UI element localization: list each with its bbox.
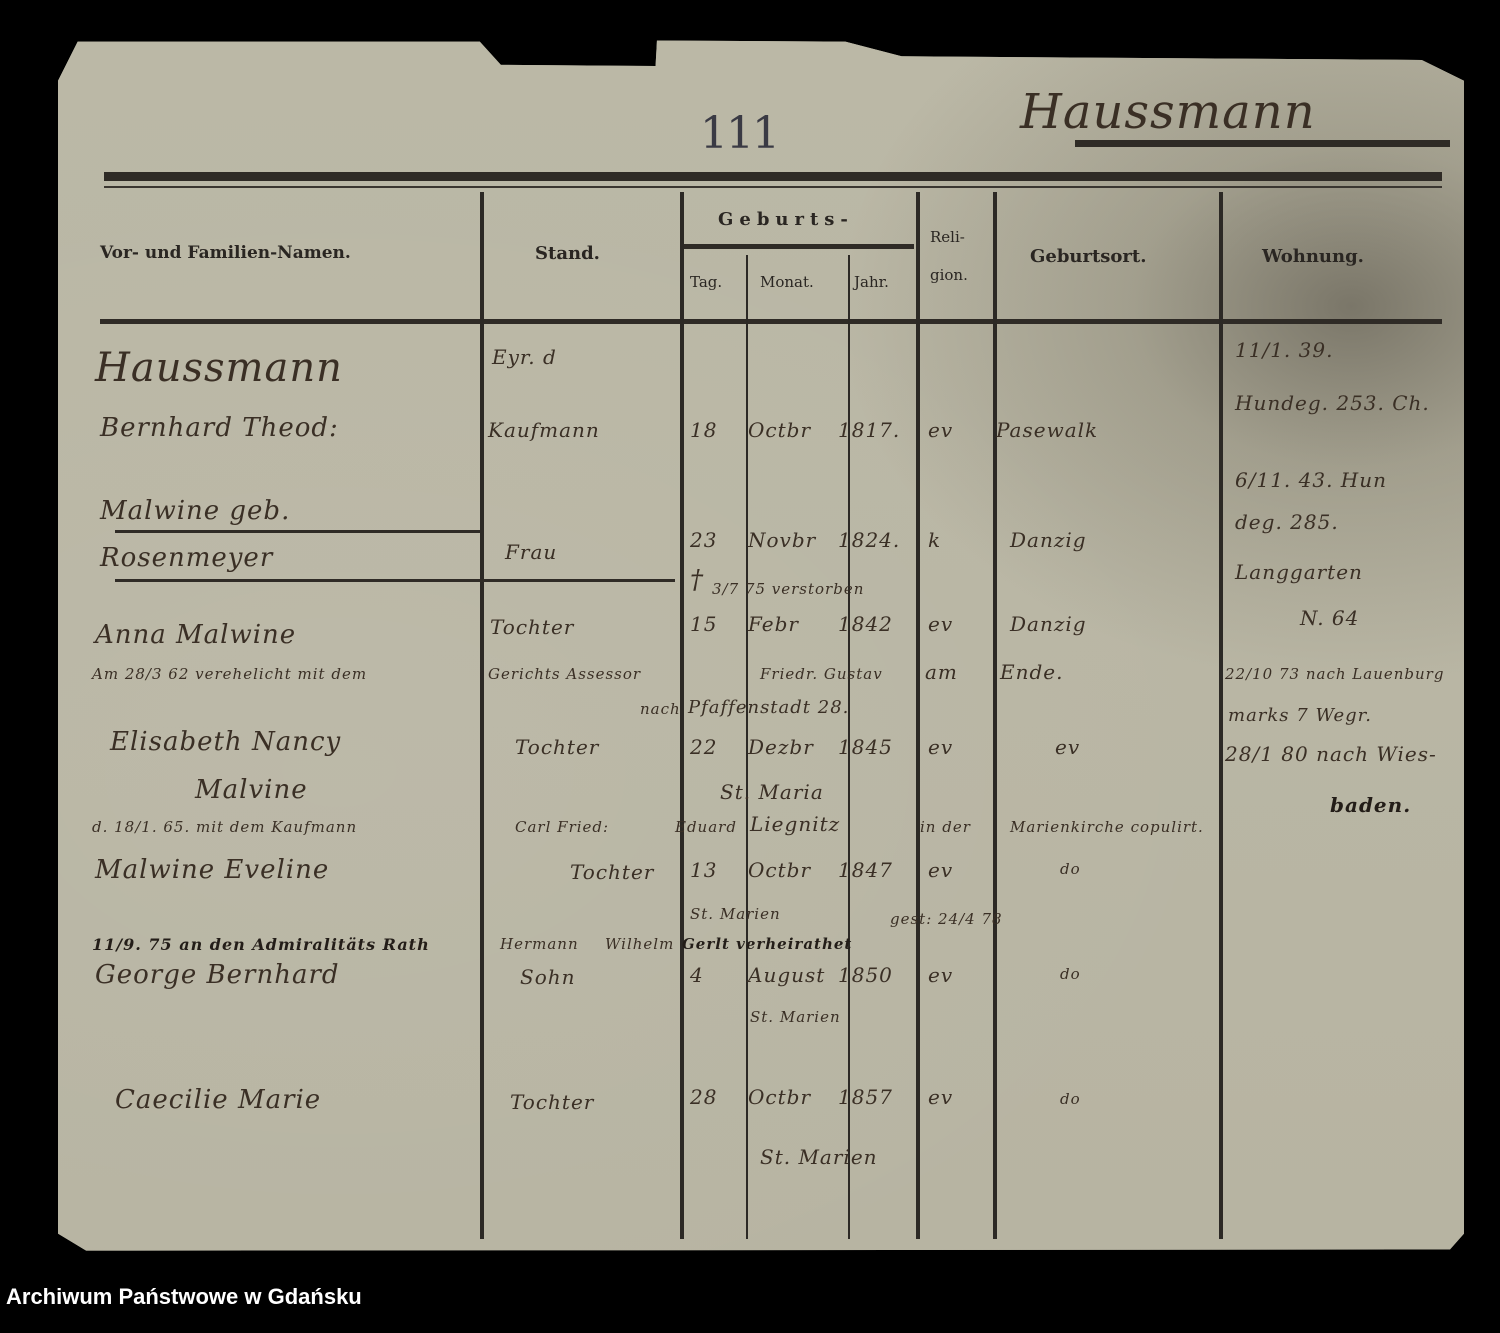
surname-heading: Haussmann: [1020, 84, 1316, 140]
cell-month: Gerlt verheirathet: [682, 935, 852, 953]
col-divider-1: [480, 192, 484, 1239]
cell-name: George Bernhard: [95, 960, 340, 990]
page-number: 111: [700, 108, 778, 159]
cell-month: St. Marien: [760, 1145, 878, 1169]
column-header-stand: Stand.: [535, 243, 600, 264]
column-header-birth-group: Geburts-: [718, 209, 854, 230]
cell-year: 1845: [838, 735, 893, 759]
cell-stand: Tochter: [570, 860, 654, 884]
cell-name: Haussmann: [95, 345, 343, 391]
cell-month: Febr: [748, 612, 799, 636]
cell-residence: 28/1 80 nach Wies-: [1225, 742, 1437, 766]
col-divider-5: [1219, 192, 1223, 1239]
cell-birthplace: Danzig: [1010, 528, 1087, 552]
cell-day: 4: [690, 963, 704, 987]
cell-religion: ev: [928, 963, 953, 987]
cell-religion: ev: [928, 1085, 953, 1109]
column-header-month: Monat.: [760, 273, 814, 291]
cell-year: 1824.: [838, 528, 900, 552]
cell-day: 28: [690, 1085, 717, 1109]
cell-name: Bernhard Theod:: [100, 413, 339, 443]
cell-residence: 22/10 73 nach Lauenburg: [1225, 665, 1444, 683]
cell-stand: Tochter: [490, 615, 574, 639]
cell-birthplace: do: [1060, 965, 1081, 983]
cell-month: Novbr: [748, 528, 816, 552]
cell-stand: Kaufmann: [488, 418, 600, 442]
cell-year: 1857: [838, 1085, 893, 1109]
name-underline-2: [115, 579, 675, 582]
column-header-day: Tag.: [690, 273, 722, 291]
cell-name: d. 18/1. 65. mit dem Kaufmann: [92, 818, 357, 836]
cell-day: 15: [690, 612, 717, 636]
cell-religion: am: [925, 660, 958, 684]
cell-stand: Sohn: [520, 965, 576, 989]
cell-stand: Tochter: [515, 735, 599, 759]
cell-year: 1817.: [838, 418, 900, 442]
cell-name: Malvine: [195, 775, 308, 805]
column-header-birthplace: Geburtsort.: [1030, 246, 1147, 267]
cell-month: Friedr. Gustav: [760, 665, 883, 683]
birth-group-rule: [684, 244, 914, 249]
cell-year: 1842: [838, 612, 893, 636]
cell-birthplace: Pasewalk: [996, 418, 1098, 442]
cell-name: Am 28/3 62 verehelicht mit dem: [92, 665, 367, 683]
cell-month: 3/7 75 verstorben: [712, 580, 864, 598]
col-divider-3: [916, 192, 920, 1239]
col-divider-4: [993, 192, 997, 1239]
cell-residence: N. 64: [1300, 606, 1359, 630]
cell-stand: nach: [640, 700, 681, 718]
header-top-rule: [104, 172, 1442, 181]
header-bottom-rule: [100, 319, 1442, 324]
cell-stand: Hermann: [500, 935, 579, 953]
cell-day: 18: [690, 418, 717, 442]
cell-stand: Gerichts Assessor: [488, 665, 641, 683]
cell-month: Octbr: [748, 418, 811, 442]
cell-month: Pfaffenstadt 28.: [688, 697, 849, 718]
cell-name: Elisabeth Nancy: [110, 727, 341, 757]
cell-religion: ev: [928, 418, 953, 442]
cell-day: Eduard: [675, 818, 737, 836]
column-header-year: Jahr.: [854, 273, 889, 291]
cell-name: Rosenmeyer: [100, 543, 273, 573]
cell-month: Dezbr: [748, 735, 814, 759]
surname-underline: [1075, 140, 1450, 147]
cell-religion: ev: [928, 735, 953, 759]
cell-residence: Langgarten: [1235, 560, 1363, 584]
cell-year: 1850: [838, 963, 893, 987]
column-header-names: Vor- und Familien-Namen.: [100, 243, 351, 263]
cell-religion: gest: 24/4 78: [890, 910, 1003, 928]
cell-month: Octbr: [748, 1085, 811, 1109]
cell-day: 23: [690, 528, 717, 552]
cell-religion: in der: [920, 818, 971, 836]
cell-month: St. Marien: [750, 1008, 841, 1026]
cell-day: †: [690, 565, 704, 595]
cell-birthplace: do: [1060, 860, 1081, 878]
cell-religion: ev: [928, 858, 953, 882]
cell-name: Caecilie Marie: [115, 1085, 321, 1115]
cell-month: August: [748, 963, 825, 987]
cell-religion: k: [928, 528, 941, 552]
cell-stand: Tochter: [510, 1090, 594, 1114]
column-header-residence: Wohnung.: [1262, 246, 1364, 267]
cell-month: St. Maria: [720, 780, 824, 804]
cell-birthplace: Ende.: [1000, 660, 1063, 684]
cell-birthplace: Danzig: [1010, 612, 1087, 636]
header-top-thin-rule: [104, 186, 1442, 188]
cell-religion: ev: [928, 612, 953, 636]
cell-month: Octbr: [748, 858, 811, 882]
cell-residence: Hundeg. 253. Ch.: [1235, 384, 1435, 422]
column-header-religion-2: gion.: [930, 266, 968, 284]
cell-day: Wilhelm: [605, 935, 674, 953]
cell-residence: 11/1. 39.: [1235, 338, 1333, 362]
cell-stand: Eyr. d: [492, 345, 557, 369]
cell-name: 11/9. 75 an den Admiralitäts Rath: [92, 935, 430, 954]
column-header-religion-1: Reli-: [930, 228, 965, 246]
archive-caption: Archiwum Państwowe w Gdańsku: [6, 1284, 362, 1310]
cell-residence: baden.: [1330, 793, 1411, 817]
cell-name: Malwine geb.: [100, 496, 290, 526]
cell-day: St. Marien: [690, 905, 781, 923]
cell-day: 22: [690, 735, 717, 759]
cell-day: 13: [690, 858, 717, 882]
cell-stand: Carl Fried:: [515, 818, 609, 836]
cell-residence: marks 7 Wegr.: [1228, 705, 1372, 726]
cell-birthplace: ev: [1055, 735, 1080, 759]
cell-stand: Frau: [505, 540, 557, 564]
cell-month: Liegnitz: [750, 812, 840, 836]
cell-name: Malwine Eveline: [95, 855, 329, 885]
cell-birthplace: do: [1060, 1090, 1081, 1108]
cell-birthplace: Marienkirche copulirt.: [1010, 818, 1204, 836]
cell-year: 1847: [838, 858, 893, 882]
cell-residence: deg. 285.: [1235, 510, 1339, 534]
name-underline-1: [115, 530, 480, 533]
cell-residence: 6/11. 43. Hun: [1235, 468, 1387, 492]
cell-name: Anna Malwine: [95, 620, 296, 650]
